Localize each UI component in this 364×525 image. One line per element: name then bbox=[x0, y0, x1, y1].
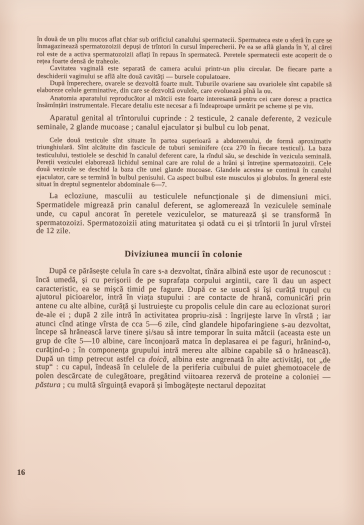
paragraph-testicule: Cele două testicule sînt situate în part… bbox=[36, 137, 331, 190]
paragraph-anatomia: Anatomia aparatului reproducător al mătc… bbox=[37, 95, 332, 111]
paragraph-aparatul-genital: Aparatul genital al trîntorului cuprinde… bbox=[37, 114, 332, 133]
paragraph-ecloziune: La ecloziune, masculii au testiculele ne… bbox=[36, 192, 331, 237]
paragraph-dupa-imperechere: După împerechere, ovarele se dezvoltă fo… bbox=[37, 80, 332, 96]
paragraph-cavitatea-vaginala: Cavitatea vaginală este separată de came… bbox=[37, 65, 332, 81]
paragraph-spermateca: în două de un pliu mucos aflat chiar sub… bbox=[37, 36, 332, 67]
page-number: 16 bbox=[17, 468, 25, 477]
book-page: în două de un pliu mucos aflat chiar sub… bbox=[0, 0, 364, 525]
paragraph-diviziunea-muncii: După ce părăsește celula în care s-a dez… bbox=[35, 267, 331, 391]
text-column: în două de un pliu mucos aflat chiar sub… bbox=[35, 36, 332, 391]
section-heading: Diviziunea muncii în colonie bbox=[36, 248, 331, 259]
